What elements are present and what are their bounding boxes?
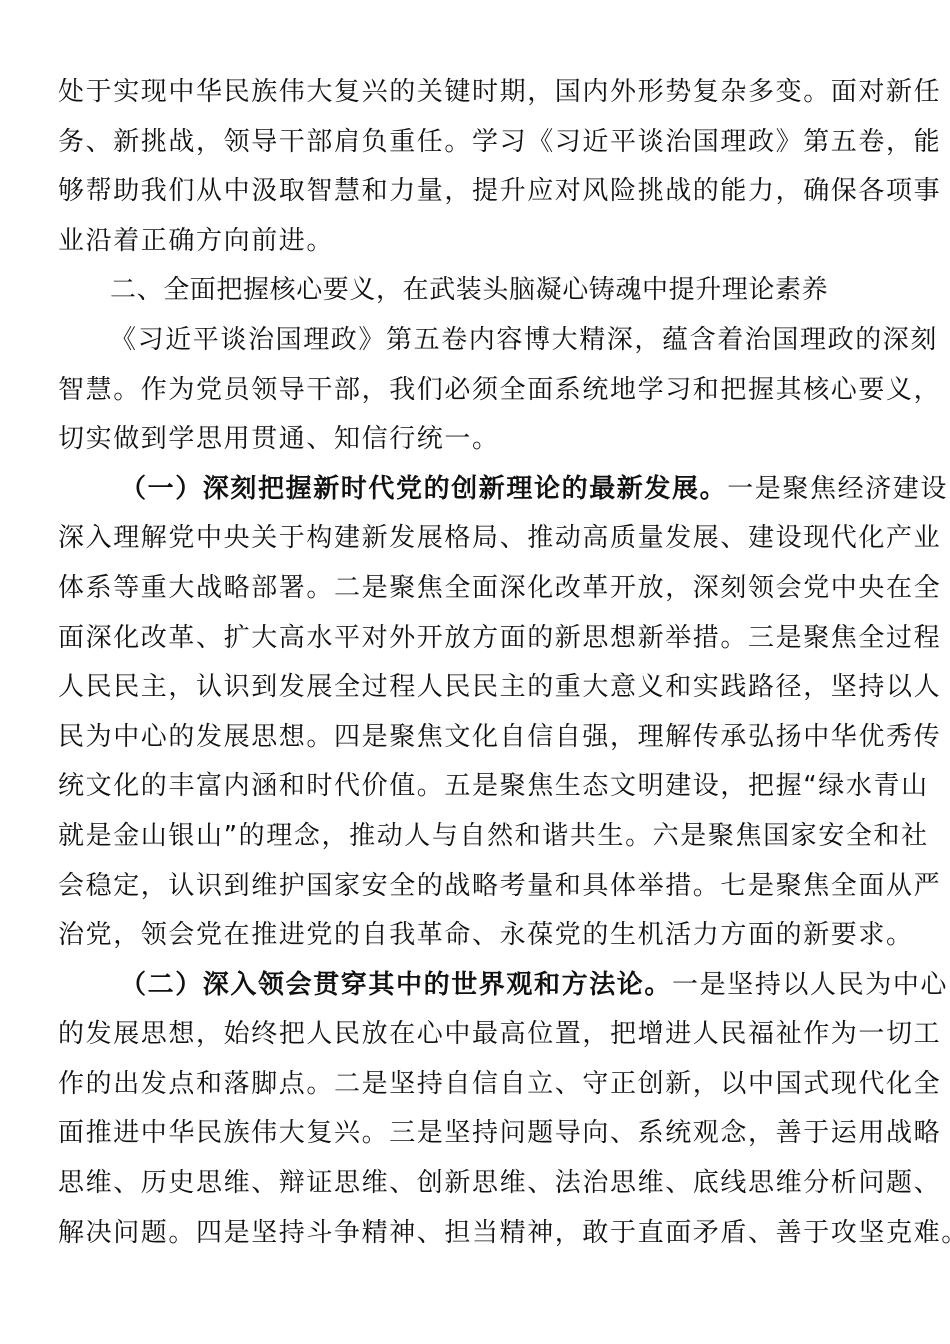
text-line: 就是金山银山”的理念，推动人与自然和谐共生。六是聚焦国家安全和社 <box>58 812 898 862</box>
section-heading-text: 二、全面把握核心要义，在武装头脑凝心铸魂中提升理论素养 <box>58 266 898 316</box>
paragraph-continuation: 处于实现中华民族伟大复兴的关键时期，国内外形势复杂多变。面对新任 务、新挑战，领… <box>58 68 898 266</box>
text-line: 业沿着正确方向前进。 <box>58 217 898 267</box>
text-line: 人民民主，认识到发展全过程人民民主的重大意义和实践路径，坚持以人 <box>58 663 898 713</box>
text-line: 切实做到学思用贯通、知信行统一。 <box>58 415 898 465</box>
text-line: 务、新挑战，领导干部肩负重任。学习《习近平谈治国理政》第五卷，能 <box>58 118 898 168</box>
subsection-two: （二）深入领会贯穿其中的世界观和方法论。一是坚持以人民为中心 的发展思想，始终把… <box>58 961 898 1259</box>
text-line: 作的出发点和落脚点。二是坚持自信自立、守正创新，以中国式现代化全 <box>58 1060 898 1110</box>
subsection-one-title: （一）深刻把握新时代党的创新理论的最新发展。 <box>120 474 727 504</box>
paragraph-intro: 《习近平谈治国理政》第五卷内容博大精深，蕴含着治国理政的深刻 智慧。作为党员领导… <box>58 316 898 465</box>
text-run: 一是聚焦经济建设， <box>727 474 950 504</box>
text-line: 会稳定，认识到维护国家安全的战略考量和具体举措。七是聚焦全面从严 <box>58 862 898 912</box>
text-line: 智慧。作为党员领导干部，我们必须全面系统地学习和把握其核心要义， <box>58 366 898 416</box>
document-page: 处于实现中华民族伟大复兴的关键时期，国内外形势复杂多变。面对新任 务、新挑战，领… <box>58 68 898 1258</box>
text-line: 体系等重大战略部署。二是聚焦全面深化改革开放，深刻领会党中央在全 <box>58 564 898 614</box>
text-line: 《习近平谈治国理政》第五卷内容博大精深，蕴含着治国理政的深刻 <box>58 316 898 366</box>
text-line: 处于实现中华民族伟大复兴的关键时期，国内外形势复杂多变。面对新任 <box>58 68 898 118</box>
text-line: （二）深入领会贯穿其中的世界观和方法论。一是坚持以人民为中心 <box>58 961 898 1011</box>
text-line: 的发展思想，始终把人民放在心中最高位置，把增进人民福祉作为一切工 <box>58 1010 898 1060</box>
text-line: 面深化改革、扩大高水平对外开放方面的新思想新举措。三是聚焦全过程 <box>58 614 898 664</box>
subsection-two-title: （二）深入领会贯穿其中的世界观和方法论。 <box>120 970 672 1000</box>
text-line: 治党，领会党在推进党的自我革命、永葆党的生机活力方面的新要求。 <box>58 911 898 961</box>
text-line: 统文化的丰富内涵和时代价值。五是聚焦生态文明建设，把握“绿水青山 <box>58 762 898 812</box>
text-run: 一是坚持以人民为中心 <box>672 970 948 1000</box>
text-line: 思维、历史思维、辩证思维、创新思维、法治思维、底线思维分析问题、 <box>58 1159 898 1209</box>
section-heading: 二、全面把握核心要义，在武装头脑凝心铸魂中提升理论素养 <box>58 266 898 316</box>
text-line: （一）深刻把握新时代党的创新理论的最新发展。一是聚焦经济建设， <box>58 465 898 515</box>
text-line: 民为中心的发展思想。四是聚焦文化自信自强，理解传承弘扬中华优秀传 <box>58 713 898 763</box>
subsection-one: （一）深刻把握新时代党的创新理论的最新发展。一是聚焦经济建设， 深入理解党中央关… <box>58 465 898 961</box>
text-line: 深入理解党中央关于构建新发展格局、推动高质量发展、建设现代化产业 <box>58 514 898 564</box>
text-line: 够帮助我们从中汲取智慧和力量，提升应对风险挑战的能力，确保各项事 <box>58 167 898 217</box>
text-line: 解决问题。四是坚持斗争精神、担当精神，敢于直面矛盾、善于攻坚克难。 <box>58 1209 898 1259</box>
text-line: 面推进中华民族伟大复兴。三是坚持问题导向、系统观念，善于运用战略 <box>58 1109 898 1159</box>
